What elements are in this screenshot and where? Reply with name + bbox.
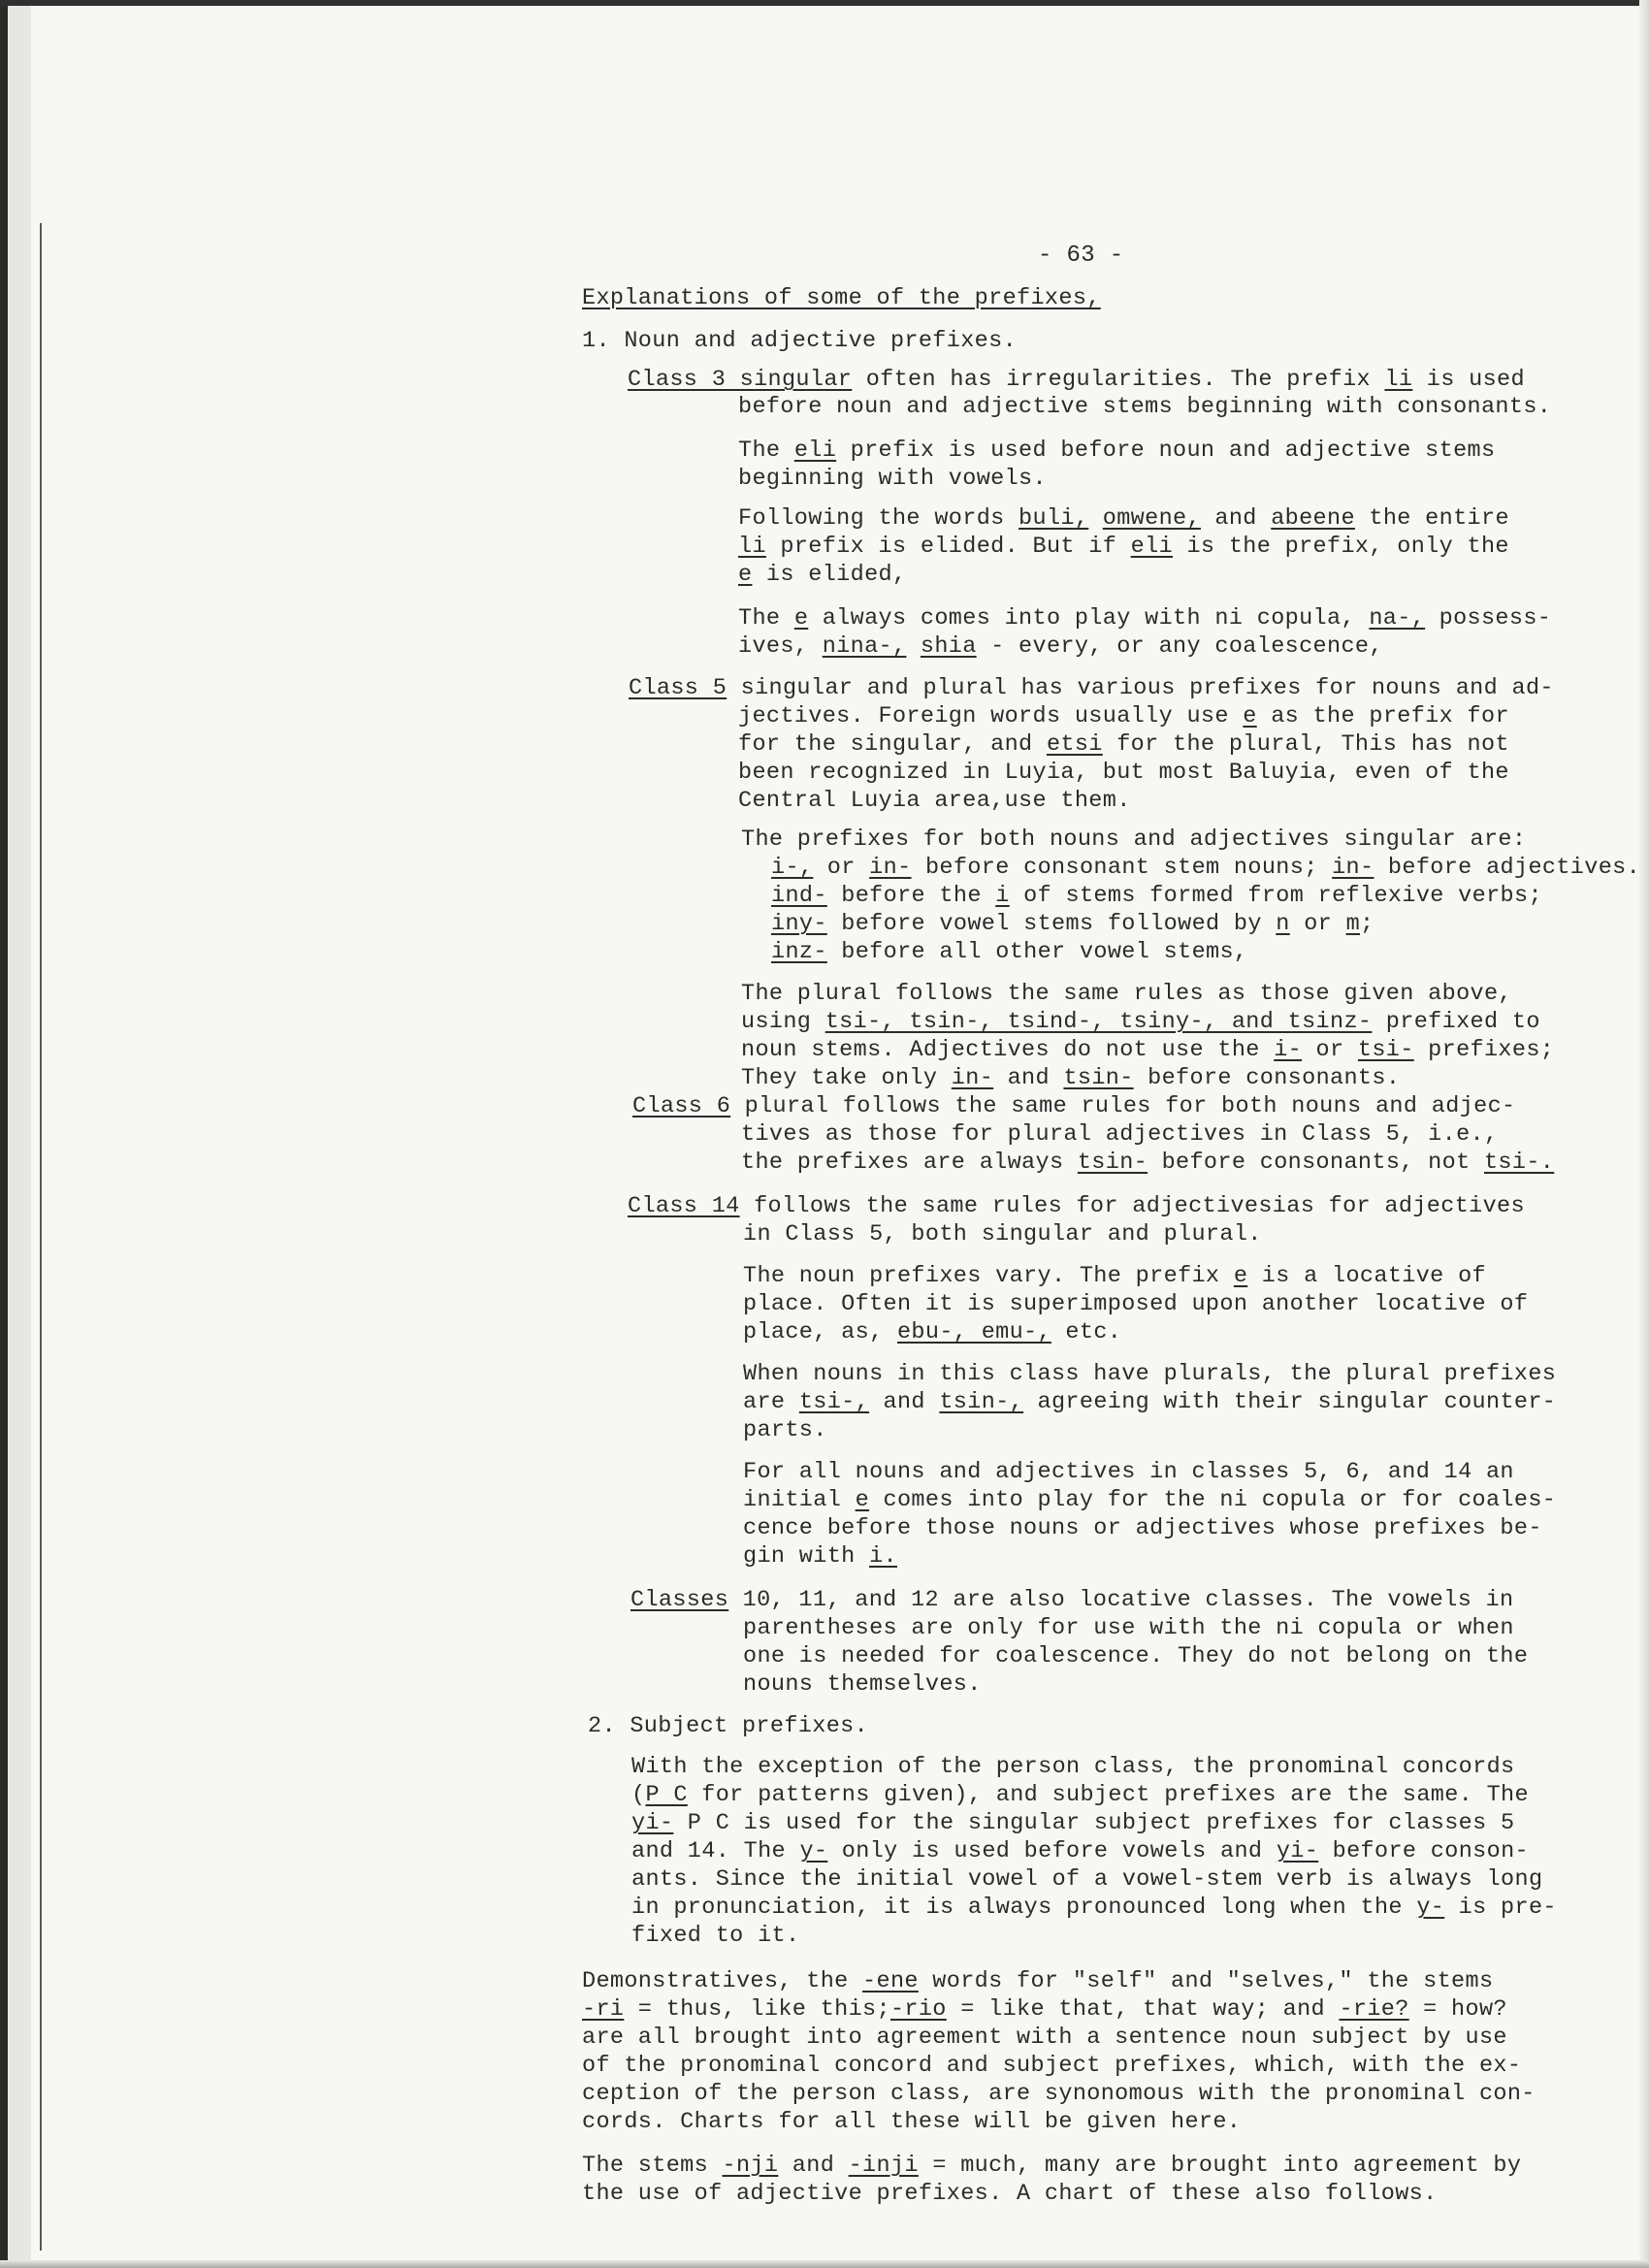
- underlined-term: eli: [794, 437, 836, 464]
- demonstratives-para: ception of the person class, are synonom…: [582, 2081, 1536, 2108]
- initial-e-para: initial e comes into play for the ni cop…: [743, 1487, 1556, 1514]
- text-run: for the plural, This has not: [1103, 731, 1509, 758]
- text-run: noun stems. Adjectives do not use the: [741, 1037, 1274, 1063]
- underlined-term: -rie?: [1339, 1996, 1408, 2023]
- e-always-para: The e always comes into play with ni cop…: [738, 605, 1551, 632]
- text-run: singular and plural has various prefixes…: [727, 675, 1554, 701]
- prefix-rule: inz- before all other vowel stems,: [771, 939, 1247, 966]
- text-run: ives,: [738, 633, 823, 660]
- underlined-term: i-,: [771, 855, 813, 881]
- text-run: using: [741, 1009, 825, 1035]
- text-run: prefix is used before noun and adjective…: [836, 437, 1495, 464]
- class-5-para: jectives. Foreign words usually use e as…: [738, 703, 1509, 730]
- text-run: etc.: [1051, 1319, 1121, 1345]
- text-run: The plural follows the same rules as tho…: [741, 981, 1512, 1007]
- class-5-para: for the singular, and etsi for the plura…: [738, 731, 1509, 759]
- text-run: Following the words: [738, 505, 1018, 532]
- demonstratives-para: of the pronominal concord and subject pr…: [582, 2053, 1521, 2080]
- text-run: in Class 5, both singular and plural.: [743, 1221, 1262, 1247]
- class-14-para: in Class 5, both singular and plural.: [743, 1221, 1262, 1248]
- eli-para: beginning with vowels.: [738, 466, 1047, 493]
- class-3-para: before noun and adjective stems beginnin…: [738, 394, 1551, 421]
- prefix-rule: i-, or in- before consonant stem nouns; …: [771, 855, 1640, 882]
- text-run: is the prefix, only the: [1173, 534, 1509, 560]
- initial-e-para: For all nouns and adjectives in classes …: [743, 1459, 1514, 1486]
- text-run: prefixes;: [1414, 1037, 1555, 1063]
- text-run: - every, or any coalescence,: [977, 633, 1383, 660]
- underlined-term: -nji: [723, 2153, 779, 2179]
- text-run: place. Often it is superimposed upon ano…: [743, 1291, 1528, 1317]
- text-run: P C is used for the singular subject pre…: [673, 1810, 1514, 1836]
- text-run: = thus, like this;: [624, 1996, 890, 2023]
- subject-prefixes-para: yi- P C is used for the singular subject…: [631, 1810, 1515, 1837]
- text-run: often has irregularities. The prefix: [852, 367, 1384, 393]
- text-run: are all brought into agreement with a se…: [582, 2025, 1507, 2051]
- demonstratives-para: Demonstratives, the -ene words for "self…: [582, 1968, 1493, 1995]
- prefix-rule: iny- before vowel stems followed by n or…: [771, 911, 1374, 938]
- text-run: and: [869, 1389, 939, 1415]
- underlined-term: m: [1346, 911, 1360, 937]
- text-run: the entire: [1355, 505, 1509, 532]
- underlined-term: nina-,: [823, 633, 907, 660]
- margin-rule: [40, 223, 42, 2251]
- text-run: is pre-: [1444, 1895, 1557, 1921]
- text-run: before consonant stem nouns;: [912, 855, 1333, 881]
- text-run: before consonants, not: [1148, 1150, 1484, 1176]
- text-run: With the exception of the person class, …: [631, 1754, 1515, 1780]
- underlined-term: inz-: [771, 939, 827, 965]
- text-run: before adjectives.: [1374, 855, 1640, 881]
- text-run: only is used before vowels and: [827, 1838, 1276, 1864]
- underlined-term: Class 3 singular: [628, 367, 852, 393]
- text-run: before the: [827, 883, 995, 909]
- underlined-term: i-: [1274, 1037, 1302, 1063]
- underlined-term: buli,: [1018, 505, 1088, 532]
- class-6-para: the prefixes are always tsin- before con…: [741, 1150, 1554, 1177]
- initial-e-para: cence before those nouns or adjectives w…: [743, 1515, 1542, 1542]
- noun-prefixes-para: place. Often it is superimposed upon ano…: [743, 1291, 1528, 1318]
- text-run: the use of adjective prefixes. A chart o…: [582, 2181, 1438, 2207]
- text-run: and: [1201, 505, 1271, 532]
- underlined-term: Class 14: [628, 1193, 740, 1219]
- page-number: - 63 -: [1038, 243, 1124, 270]
- text-run: prefixed to: [1372, 1009, 1539, 1035]
- plural-para: They take only in- and tsin- before cons…: [741, 1065, 1400, 1092]
- class-5-para: Central Luyia area,use them.: [738, 788, 1131, 815]
- text-run: follows the same rules for adjectivesias…: [740, 1193, 1525, 1219]
- underlined-term: e: [1234, 1263, 1247, 1289]
- text-run: cords. Charts for all these will be give…: [582, 2109, 1241, 2135]
- classes-10-12-para: nouns themselves.: [743, 1671, 982, 1699]
- text-run: words for "self" and "selves," the stems: [919, 1968, 1494, 1994]
- text-run: is elided,: [752, 562, 906, 588]
- following-para: li prefix is elided. But if eli is the p…: [738, 534, 1509, 561]
- plurals-para: When nouns in this class have plurals, t…: [743, 1361, 1556, 1388]
- following-para: Following the words buli, omwene, and ab…: [738, 505, 1509, 533]
- text-run: = like that, that way; and: [947, 1996, 1340, 2023]
- text-run: cence before those nouns or adjectives w…: [743, 1515, 1542, 1541]
- text-run: before all other vowel stems,: [827, 939, 1248, 965]
- class-14-para: Class 14 follows the same rules for adje…: [628, 1193, 1525, 1220]
- underlined-term: -rio: [890, 1996, 947, 2023]
- following-para: e is elided,: [738, 562, 906, 589]
- text-run: and: [778, 2153, 848, 2179]
- text-run: or: [813, 855, 869, 881]
- page-left-edge: [8, 6, 31, 2262]
- plural-para: using tsi-, tsin-, tsind-, tsiny-, and t…: [741, 1009, 1540, 1036]
- demonstratives-para: cords. Charts for all these will be give…: [582, 2109, 1241, 2136]
- text-run: plural follows the same rules for both n…: [730, 1093, 1515, 1119]
- text-run: initial: [743, 1487, 856, 1513]
- underlined-term: tsi-,: [799, 1389, 869, 1415]
- text-run: ;: [1360, 911, 1374, 937]
- text-run: ants. Since the initial vowel of a vowel…: [631, 1866, 1542, 1893]
- underlined-term: e: [856, 1487, 869, 1513]
- underlined-term: tsin-: [1063, 1065, 1133, 1091]
- text-run: gin with: [743, 1543, 869, 1570]
- underlined-term: ebu-, emu-,: [897, 1319, 1051, 1345]
- text-run: = how?: [1409, 1996, 1507, 2023]
- text-run: When nouns in this class have plurals, t…: [743, 1361, 1556, 1387]
- underlined-term: omwene,: [1103, 505, 1201, 532]
- underlined-term: Classes: [630, 1587, 728, 1613]
- prefixes-singular-para: The prefixes for both nouns and adjectiv…: [741, 826, 1526, 854]
- underlined-term: -ri: [582, 1996, 624, 2023]
- underlined-term: yi-: [1277, 1838, 1318, 1864]
- text-run: comes into play for the ni copula or for…: [869, 1487, 1556, 1513]
- e-always-para: ives, nina-, shia - every, or any coales…: [738, 633, 1383, 661]
- stems-para: the use of adjective prefixes. A chart o…: [582, 2181, 1438, 2208]
- text-run: before consonants.: [1134, 1065, 1401, 1091]
- text-run: or: [1290, 911, 1346, 937]
- underlined-term: Class 6: [632, 1093, 730, 1119]
- text-run: is a locative of: [1247, 1263, 1486, 1289]
- text-run: nouns themselves.: [743, 1671, 982, 1698]
- underlined-term: e: [1243, 703, 1256, 729]
- text-run: The: [738, 605, 794, 632]
- underlined-term: eli: [1131, 534, 1173, 560]
- text-run: been recognized in Luyia, but most Baluy…: [738, 760, 1509, 786]
- text-run: The noun prefixes vary. The prefix: [743, 1263, 1234, 1289]
- underlined-term: tsi-.: [1484, 1150, 1554, 1176]
- class-3-para: Class 3 singular often has irregularitie…: [628, 367, 1525, 394]
- text-run: place, as,: [743, 1319, 897, 1345]
- underlined-term: li: [738, 534, 766, 560]
- underlined-term: in-: [952, 1065, 993, 1091]
- subject-prefixes-para: fixed to it.: [631, 1923, 799, 1950]
- text-run: in pronunciation, it is always pronounce…: [631, 1895, 1416, 1921]
- underlined-term: tsin-,: [939, 1389, 1023, 1415]
- subject-prefixes-para: and 14. The y- only is used before vowel…: [631, 1838, 1529, 1865]
- class-5-para: been recognized in Luyia, but most Baluy…: [738, 760, 1509, 787]
- text-run: 2. Subject prefixes.: [588, 1713, 868, 1739]
- underlined-term: Class 5: [629, 675, 727, 701]
- noun-prefixes-para: The noun prefixes vary. The prefix e is …: [743, 1263, 1486, 1290]
- initial-e-para: gin with i.: [743, 1543, 897, 1571]
- plural-para: noun stems. Adjectives do not use the i-…: [741, 1037, 1554, 1064]
- text-run: 10, 11, and 12 are also locative classes…: [728, 1587, 1513, 1613]
- section-1-title: 1. Noun and adjective prefixes.: [582, 328, 1017, 355]
- text-run: [1088, 505, 1102, 532]
- text-run: parentheses are only for use with the ni…: [743, 1615, 1514, 1641]
- text-run: For all nouns and adjectives in classes …: [743, 1459, 1514, 1485]
- scan-bottom-edge: [0, 2260, 1649, 2268]
- underlined-term: shia: [921, 633, 977, 660]
- plurals-para: parts.: [743, 1417, 827, 1444]
- underlined-term: i.: [869, 1543, 897, 1570]
- demonstratives-para: -ri = thus, like this;-rio = like that, …: [582, 1996, 1507, 2024]
- text-run: Demonstratives, the: [582, 1968, 862, 1994]
- stems-para: The stems -nji and -inji = much, many ar…: [582, 2153, 1521, 2180]
- underlined-term: y-: [799, 1838, 827, 1864]
- text-run: always comes into play with ni copula,: [808, 605, 1369, 632]
- text-run: The prefixes for both nouns and adjectiv…: [741, 826, 1526, 853]
- underlined-term: -ene: [862, 1968, 919, 1994]
- underlined-term: e: [738, 562, 752, 588]
- text-run: The stems: [582, 2153, 723, 2179]
- text-run: tives as those for plural adjectives in …: [741, 1121, 1498, 1148]
- scan-right-edge: [1639, 0, 1649, 2268]
- classes-10-12-para: one is needed for coalescence. They do n…: [743, 1643, 1528, 1670]
- class-6-para: tives as those for plural adjectives in …: [741, 1121, 1498, 1149]
- class-5-para: Class 5 singular and plural has various …: [629, 675, 1554, 702]
- classes-10-12-para: Classes 10, 11, and 12 are also locative…: [630, 1587, 1514, 1614]
- text-run: parts.: [743, 1417, 827, 1443]
- underlined-term: y-: [1416, 1895, 1444, 1921]
- underlined-term: ind-: [771, 883, 827, 909]
- subject-prefixes-para: ants. Since the initial vowel of a vowel…: [631, 1866, 1542, 1894]
- underlined-term: e: [794, 605, 808, 632]
- section-2-title: 2. Subject prefixes.: [588, 1713, 868, 1740]
- underlined-term: P C: [645, 1782, 687, 1808]
- underlined-term: n: [1276, 911, 1289, 937]
- text-run: are: [743, 1389, 799, 1415]
- underlined-term: i: [995, 883, 1009, 909]
- subject-prefixes-para: With the exception of the person class, …: [631, 1754, 1515, 1781]
- underlined-term: tsi-, tsin-, tsind-, tsiny-, and tsinz-: [825, 1009, 1373, 1035]
- underlined-term: yi-: [631, 1810, 673, 1836]
- prefix-rule: ind- before the i of stems formed from r…: [771, 883, 1542, 910]
- eli-para: The eli prefix is used before noun and a…: [738, 437, 1495, 465]
- section-heading: Explanations of some of the prefixes,: [582, 285, 1101, 312]
- class-6-para: Class 6 plural follows the same rules fo…: [632, 1093, 1516, 1120]
- text-run: for the singular, and: [738, 731, 1047, 758]
- text-run: as the prefix for: [1257, 703, 1509, 729]
- subject-prefixes-para: in pronunciation, it is always pronounce…: [631, 1895, 1557, 1922]
- text-run: (: [631, 1782, 645, 1808]
- text-run: or: [1302, 1037, 1358, 1063]
- text-run: one is needed for coalescence. They do n…: [743, 1643, 1528, 1669]
- text-run: The: [738, 437, 794, 464]
- underlined-term: -inji: [849, 2153, 919, 2179]
- demonstratives-para: are all brought into agreement with a se…: [582, 2025, 1507, 2052]
- text-run: agreeing with their singular counter-: [1023, 1389, 1556, 1415]
- text-run: before conson-: [1318, 1838, 1529, 1864]
- text-run: for patterns given), and subject prefixe…: [688, 1782, 1529, 1808]
- noun-prefixes-para: place, as, ebu-, emu-, etc.: [743, 1319, 1121, 1346]
- text-run: possess-: [1425, 605, 1551, 632]
- text-run: [906, 633, 920, 660]
- underlined-term: iny-: [771, 911, 827, 937]
- underlined-term: abeene: [1271, 505, 1355, 532]
- subject-prefixes-para: (P C for patterns given), and subject pr…: [631, 1782, 1529, 1809]
- text-run: is used: [1412, 367, 1525, 393]
- text-run: the prefixes are always: [741, 1150, 1078, 1176]
- text-run: Central Luyia area,use them.: [738, 788, 1131, 814]
- text-run: jectives. Foreign words usually use: [738, 703, 1243, 729]
- text-run: and 14. The: [631, 1838, 799, 1864]
- text-run: = much, many are brought into agreement …: [919, 2153, 1521, 2179]
- text-run: prefix is elided. But if: [766, 534, 1131, 560]
- underlined-term: na-,: [1369, 605, 1425, 632]
- text-run: fixed to it.: [631, 1923, 799, 1949]
- underlined-term: tsin-: [1078, 1150, 1148, 1176]
- classes-10-12-para: parentheses are only for use with the ni…: [743, 1615, 1514, 1642]
- underlined-term: li: [1384, 367, 1412, 393]
- underlined-term: etsi: [1047, 731, 1103, 758]
- text-run: of the pronominal concord and subject pr…: [582, 2053, 1521, 2079]
- text-run: They take only: [741, 1065, 952, 1091]
- underlined-term: in-: [869, 855, 911, 881]
- plural-para: The plural follows the same rules as tho…: [741, 981, 1512, 1008]
- text-run: ception of the person class, are synonom…: [582, 2081, 1536, 2107]
- text-run: beginning with vowels.: [738, 466, 1047, 492]
- text-run: of stems formed from reflexive verbs;: [1010, 883, 1542, 909]
- underlined-term: tsi-: [1358, 1037, 1414, 1063]
- text-run: before noun and adjective stems beginnin…: [738, 394, 1551, 420]
- underlined-term: in-: [1332, 855, 1374, 881]
- text-run: before vowel stems followed by: [827, 911, 1276, 937]
- plurals-para: are tsi-, and tsin-, agreeing with their…: [743, 1389, 1556, 1416]
- text-run: and: [993, 1065, 1063, 1091]
